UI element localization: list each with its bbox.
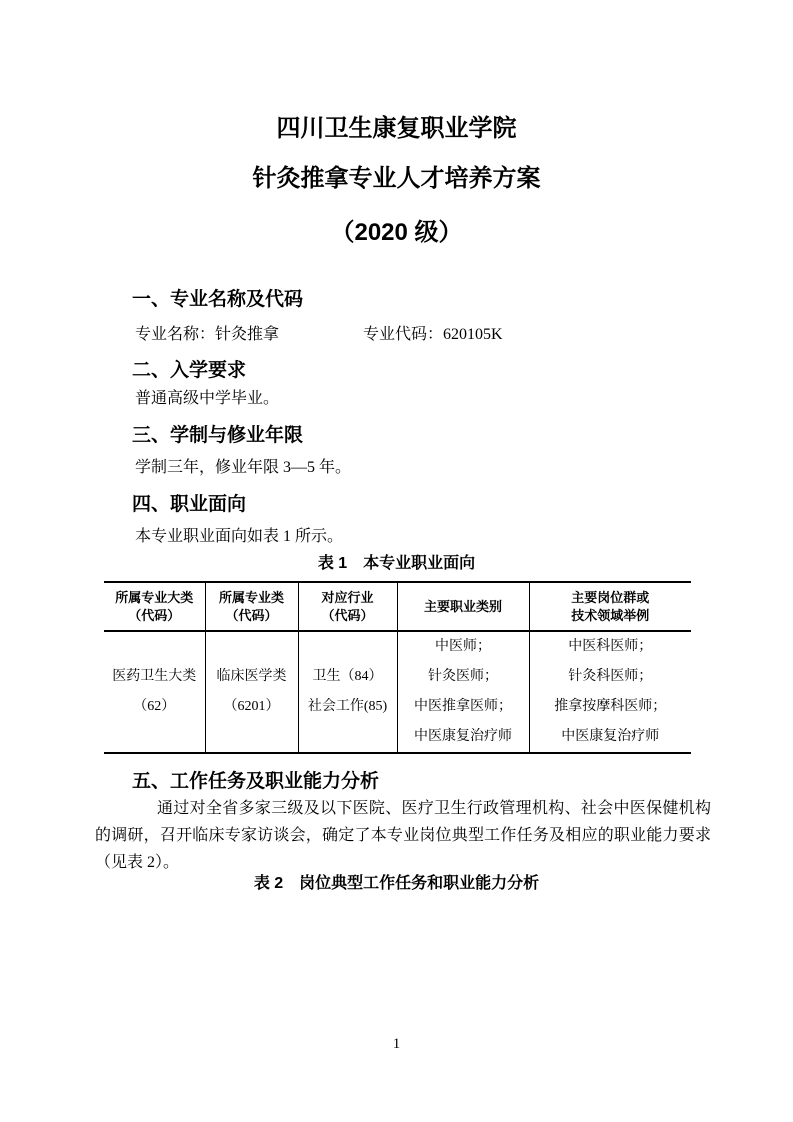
section-5-paragraph: 通过对全省多家三级及以下医院、医疗卫生行政管理机构、社会中医保健机构的调研，召开… — [95, 795, 711, 876]
section-5-heading: 五、工作任务及职业能力分析 — [132, 771, 379, 792]
section-1-heading: 一、专业名称及代码 — [132, 289, 303, 310]
col-header-occupation-types: 主要职业类别 — [397, 582, 529, 631]
doc-title-line-3: （2020 级） — [0, 219, 793, 246]
col-header-major-category: 所属专业大类 （代码） — [104, 582, 205, 631]
section-3-heading: 三、学制与修业年限 — [132, 425, 303, 446]
doc-title-line-2: 针灸推拿专业人才培养方案 — [0, 165, 793, 192]
cell-post-groups: 中医科医师； 针灸科医师； 推拿按摩科医师； 中医康复治疗师 — [529, 631, 691, 753]
specialty-name-label: 专业名称：针灸推拿 — [135, 326, 279, 344]
cell-industry: 卫生（84） 社会工作(85) — [298, 631, 397, 753]
section-2-heading: 二、入学要求 — [132, 360, 246, 381]
cell-major-category: 医药卫生大类 （62） — [104, 631, 205, 753]
document-page: 四川卫生康复职业学院 针灸推拿专业人才培养方案 （2020 级） 一、专业名称及… — [0, 0, 793, 1122]
col-header-industry: 对应行业 （代码） — [298, 582, 397, 631]
section-4-heading: 四、职业面向 — [132, 494, 246, 515]
doc-title-line-1: 四川卫生康复职业学院 — [0, 115, 793, 142]
specialty-name-code-row: 专业名称：针灸推拿 专业代码：620105K — [0, 326, 793, 344]
career-orientation-table: 所属专业大类 （代码） 所属专业类 （代码） 对应行业 （代码） 主要职业类别 … — [104, 581, 691, 754]
section-3-body: 学制三年，修业年限 3—5 年。 — [135, 459, 351, 477]
table-2-caption: 表 2 岗位典型工作任务和职业能力分析 — [0, 875, 793, 893]
col-header-major-class: 所属专业类 （代码） — [205, 582, 298, 631]
cell-occupation-types: 中医师； 针灸医师； 中医推拿医师； 中医康复治疗师 — [397, 631, 529, 753]
cell-major-class: 临床医学类 （6201） — [205, 631, 298, 753]
table-header-row: 所属专业大类 （代码） 所属专业类 （代码） 对应行业 （代码） 主要职业类别 … — [104, 582, 691, 631]
page-number: 1 — [0, 1036, 793, 1053]
section-4-body: 本专业职业面向如表 1 所示。 — [135, 528, 343, 546]
section-2-body: 普通高级中学毕业。 — [135, 390, 279, 408]
col-header-post-groups: 主要岗位群或 技术领域举例 — [529, 582, 691, 631]
table-row: 医药卫生大类 （62） 临床医学类 （6201） 卫生（84） 社会工作(85)… — [104, 631, 691, 753]
table-1-caption: 表 1 本专业职业面向 — [0, 555, 793, 573]
specialty-code-label: 专业代码：620105K — [363, 326, 503, 344]
